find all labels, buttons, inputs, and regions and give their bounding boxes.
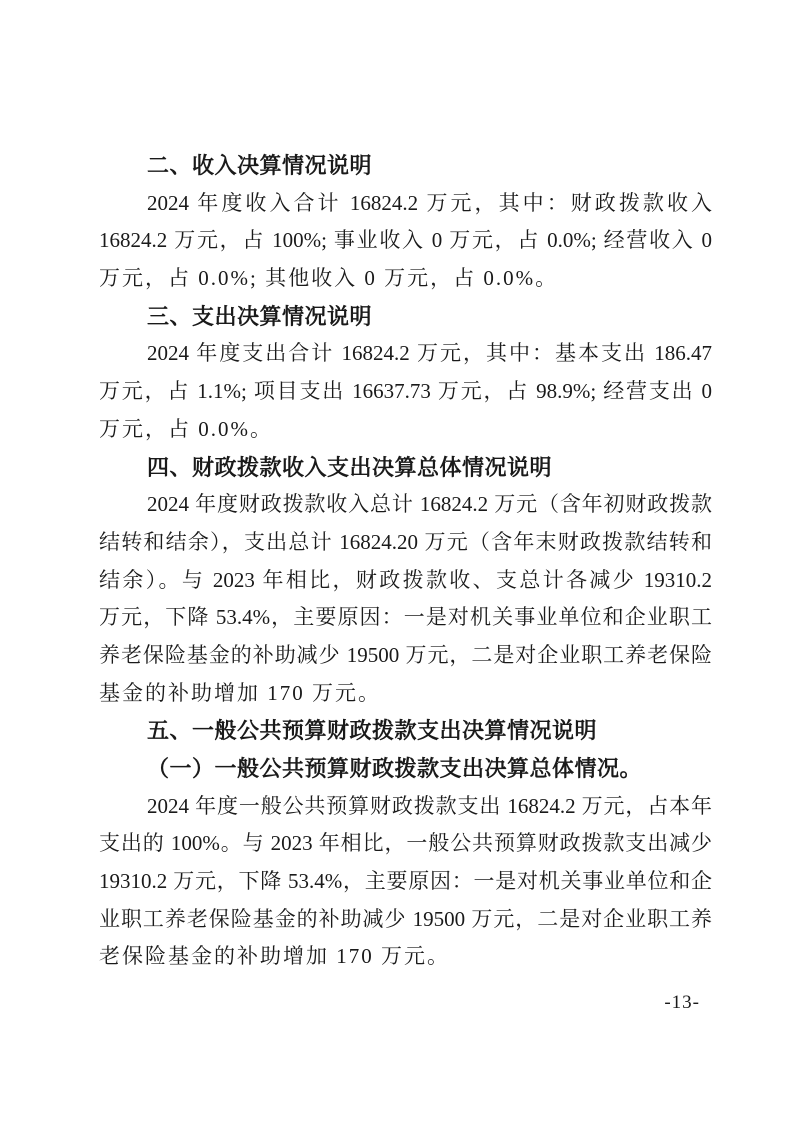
section-heading: 三、支出决算情况说明 (99, 298, 712, 336)
section-heading: 二、收入决算情况说明 (99, 147, 712, 185)
paragraph-line: 2024 年度收入合计 16824.2 万元，其中：财政拨款收入 (99, 185, 712, 223)
paragraph-line: 19310.2 万元，下降 53.4%，主要原因：一是对机关事业单位和企 (99, 863, 712, 901)
paragraph-line: 支出的 100%。与 2023 年相比，一般公共预算财政拨款支出减少 (99, 825, 712, 863)
paragraph-line: 16824.2 万元，占 100%; 事业收入 0 万元，占 0.0%; 经营收… (99, 222, 712, 260)
paragraph-line: 万元，占 1.1%; 项目支出 16637.73 万元，占 98.9%; 经营支… (99, 373, 712, 411)
section-general-public-budget: 五、一般公共预算财政拨款支出决算情况说明 （一）一般公共预算财政拨款支出决算总体… (99, 712, 712, 976)
paragraph-line: 结转和结余），支出总计 16824.20 万元（含年末财政拨款结转和 (99, 524, 712, 562)
paragraph-line: 万元，下降 53.4%，主要原因：一是对机关事业单位和企业职工 (99, 599, 712, 637)
section-heading: 四、财政拨款收入支出决算总体情况说明 (99, 449, 712, 487)
section-heading: 五、一般公共预算财政拨款支出决算情况说明 (99, 712, 712, 750)
document-page: 二、收入决算情况说明 2024 年度收入合计 16824.2 万元，其中：财政拨… (0, 0, 793, 1122)
section-fiscal-appropriation-overview: 四、财政拨款收入支出决算总体情况说明 2024 年度财政拨款收入总计 16824… (99, 449, 712, 713)
paragraph-line: 2024 年度支出合计 16824.2 万元，其中：基本支出 186.47 (99, 335, 712, 373)
paragraph-line: 结余）。与 2023 年相比，财政拨款收、支总计各减少 19310.2 (99, 562, 712, 600)
section-income: 二、收入决算情况说明 2024 年度收入合计 16824.2 万元，其中：财政拨… (99, 147, 712, 298)
paragraph-line: 2024 年度一般公共预算财政拨款支出 16824.2 万元，占本年 (99, 788, 712, 826)
section-expenditure: 三、支出决算情况说明 2024 年度支出合计 16824.2 万元，其中：基本支… (99, 298, 712, 449)
paragraph-line: 万元，占 0.0%。 (99, 411, 712, 449)
paragraph-line: 2024 年度财政拨款收入总计 16824.2 万元（含年初财政拨款 (99, 486, 712, 524)
paragraph-line: 基金的补助增加 170 万元。 (99, 675, 712, 713)
document-body: 二、收入决算情况说明 2024 年度收入合计 16824.2 万元，其中：财政拨… (99, 147, 712, 976)
paragraph-line: 万元，占 0.0%; 其他收入 0 万元，占 0.0%。 (99, 260, 712, 298)
paragraph-line: 老保险基金的补助增加 170 万元。 (99, 938, 712, 976)
paragraph-line: 业职工养老保险基金的补助减少 19500 万元，二是对企业职工养 (99, 901, 712, 939)
page-number: -13- (664, 992, 700, 1014)
section-subheading: （一）一般公共预算财政拨款支出决算总体情况。 (99, 750, 712, 788)
paragraph-line: 养老保险基金的补助减少 19500 万元，二是对企业职工养老保险 (99, 637, 712, 675)
